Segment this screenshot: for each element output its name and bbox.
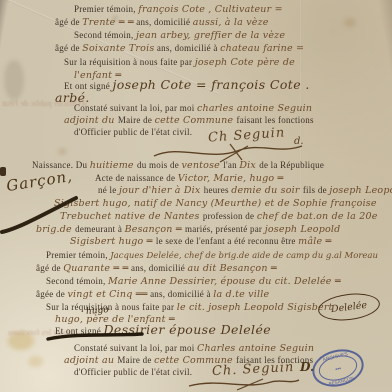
document-line: Premier témoin, françois Cote , Cultivat… [74, 2, 283, 15]
printed-text: Et ont signé [55, 326, 104, 336]
handwritten-text: Soixante Trois [82, 43, 154, 54]
printed-text: Premier témoin, [46, 250, 110, 260]
document-line: âgé de Quarante ═ ═ ans, domicilié au di… [36, 261, 277, 274]
printed-text: ans, domicilié à [148, 289, 214, 299]
stamp-text-top: ARCHIVES [322, 351, 349, 363]
printed-text: Premier témoin, [74, 4, 138, 14]
printed-text: le sexe de l'enfant a été reconnu être [156, 236, 298, 246]
margin-mark [0, 167, 6, 176]
handwritten-text: Jacques Delelée, chef de brig.de aide de… [110, 251, 378, 261]
printed-text: âgé de [36, 263, 63, 273]
printed-text: né le [98, 185, 119, 195]
handwritten-text: joseph Leopold [329, 185, 392, 196]
printed-text: âgée de [36, 289, 67, 299]
printed-text: profession de [203, 211, 257, 221]
handwritten-text: joseph Cote père de [195, 57, 295, 68]
printed-text: du mois de [137, 160, 182, 170]
handwritten-text: au dit Besançon ═ [187, 263, 276, 274]
handwritten-text: chef de bat.on de la 20e [257, 211, 378, 222]
printed-text: Sur la réquisition à nous faite par [46, 302, 177, 312]
printed-text: ans, domicilié [134, 17, 193, 27]
document-line: âgé de Trente ═ ═ ans, domicilié aussi, … [55, 15, 269, 28]
printed-text: Second témoin, [46, 276, 108, 286]
handwritten-text: Dessirier épouse Delelée [104, 322, 272, 337]
printed-text: âgé de [55, 17, 82, 27]
printed-text: ans, domicilié [128, 263, 187, 273]
document-line: d'Officier public de l'état civil. [74, 365, 192, 378]
printed-text: d'Officier public de l'état civil. [74, 127, 192, 137]
printed-text: Acte de naissance de [95, 173, 178, 183]
printed-text: demeurant à [75, 224, 124, 234]
document-line: né le jour d'hier à Dix heures demie du … [98, 183, 392, 196]
paper-stain [58, 148, 67, 155]
paper-stain [344, 18, 356, 27]
handwritten-text: Trebuchet native de Nantes [60, 211, 203, 222]
document-line: Naissance. Du huitieme du mois de ventos… [32, 158, 324, 171]
document-page: d'Officier public de l'état faisant les … [0, 0, 392, 392]
handwritten-text: jour d'hier à Dix [119, 185, 204, 196]
document-line: Second témoin, Marie Anne Dessirier, épo… [46, 274, 341, 287]
handwritten-text: demie du soir [231, 185, 303, 196]
printed-text: fils de [303, 185, 330, 195]
printed-text: faisant les fonctions [236, 115, 313, 125]
printed-text: Second témoin, [74, 30, 136, 40]
handwritten-text: huitieme [90, 160, 137, 171]
signature-hugo: hugo [86, 305, 110, 317]
handwritten-text: Marie Anne Dessirier, épouse du cit. Del… [108, 276, 341, 287]
printed-text: d'Officier public de l'état civil. [74, 367, 192, 377]
document-line: Et ont signé joseph Cote = françois Cote… [64, 79, 310, 92]
handwritten-text: françois Cote , Cultivateur = [138, 4, 283, 15]
printed-text: heures [204, 185, 232, 195]
handwritten-text: vingt et Cinq ══ [67, 289, 147, 300]
signature-d-mark-mid: d. [294, 136, 304, 147]
margin-note-garcon: Garçon, [5, 167, 74, 195]
paper-stain [4, 60, 24, 100]
printed-text: ans, domicilié à [154, 43, 220, 53]
signature-delelee: Delelée [317, 290, 382, 323]
document-line: d'Officier public de l'état civil. [74, 125, 192, 138]
printed-text: Sur la réquisition à nous faite par [64, 57, 195, 67]
archive-stamp: ARCHIVES ▪▪▪ BESANÇON [306, 340, 371, 392]
handwritten-text: joseph Cote = françois Cote . [113, 77, 310, 92]
signature-seguin-mid: Ch Seguin [208, 125, 286, 145]
document-line: âgé de Soixante Trois ans, domicilié à c… [55, 41, 304, 54]
handwritten-text: Sigisbert hugo, natif de Nancy (Meurthe)… [54, 198, 377, 209]
document-line: Second témoin, jean arbey, greffier de l… [74, 28, 285, 41]
document-line: Et ont signé Dessirier épouse Delelée [55, 324, 271, 337]
signature-seguin-bottom: Ch. Seguin [212, 360, 295, 379]
document-line: Sur la réquisition à nous faite par jose… [64, 55, 295, 68]
printed-text: âgé de [55, 43, 82, 53]
paraph-bottom [185, 376, 305, 392]
document-line: âgée de vingt et Cinq ══ ans, domicilié … [36, 287, 269, 300]
document-line: Sigisbert hugo, natif de Nancy (Meurthe)… [54, 196, 377, 209]
handwritten-text: aussi, à la vèze [193, 17, 269, 28]
document-line: Sigisbert hugo ═ le sexe de l'enfant a é… [70, 234, 331, 247]
handwritten-text: Sigisbert hugo ═ [70, 236, 156, 247]
printed-text: Maire de [118, 115, 155, 125]
paper-stain [28, 356, 43, 367]
handwritten-text: la d.te ville [213, 289, 269, 300]
printed-text: l'an [223, 160, 239, 170]
printed-text: de la République [259, 160, 324, 170]
printed-text: mariés, présenté par [185, 224, 265, 234]
printed-text: Constaté suivant la loi, par moi [74, 103, 197, 113]
handwritten-text: Trente ═ ═ [82, 17, 134, 28]
handwritten-text: ventose [181, 160, 223, 171]
document-line: Trebuchet native de Nantes profession de… [60, 209, 378, 222]
handwritten-text: jean arbey, greffier de la vèze [136, 30, 285, 41]
handwritten-text: Dix [239, 160, 259, 171]
svg-text:▪▪▪: ▪▪▪ [335, 366, 342, 373]
printed-text: Constaté suivant la loi, par moi [74, 343, 197, 353]
handwritten-text: Quarante ═ ═ [63, 263, 128, 274]
document-line: Premier témoin, Jacques Delelée, chef de… [46, 248, 378, 262]
handwritten-text: mâle ═ [298, 236, 331, 247]
handwritten-text: le cit. joseph Leopold Sigisbert [177, 302, 333, 313]
handwritten-text: chateau farine = [220, 43, 304, 54]
printed-text: Maire de [117, 355, 154, 365]
